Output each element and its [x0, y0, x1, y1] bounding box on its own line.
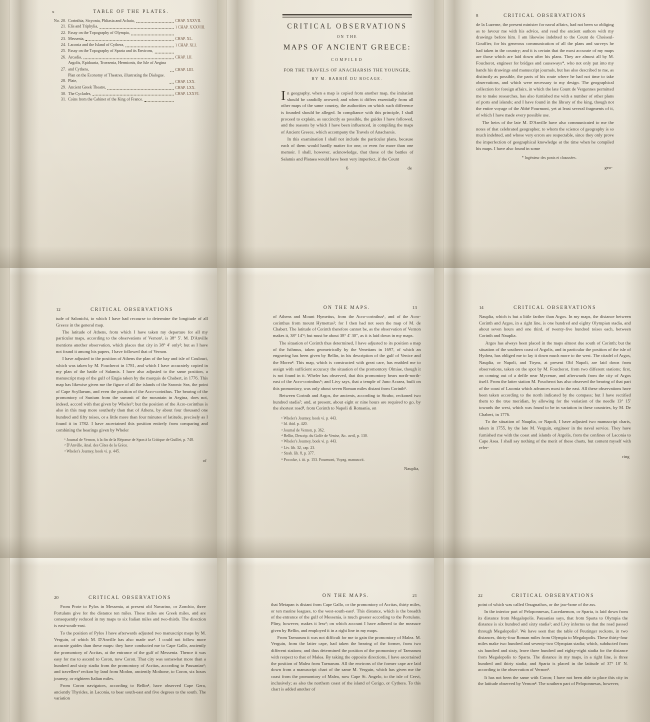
- book-gutter-shadow: [9, 558, 39, 722]
- dot-leader: [93, 95, 174, 96]
- book-title-line: ON THE: [281, 35, 413, 41]
- page-bottom-edge: [0, 536, 217, 558]
- title-double-rule: [282, 14, 412, 18]
- plate-entry: 27.Argolis, Epidauria, Troezenia, Hermio…: [52, 61, 210, 73]
- body-paragraph: To the situation of Nauplia, or Napoli, …: [479, 419, 631, 451]
- page-bottom-edge: [217, 536, 434, 558]
- folio-left: 8: [476, 13, 484, 20]
- book-gutter-shadow: [443, 268, 473, 558]
- running-head: 22 CRITICAL OBSERVATIONS: [478, 592, 628, 599]
- plate-entry: 31.Coins from the Cabinet of the King of…: [52, 97, 210, 103]
- folio-left: 20: [54, 595, 62, 602]
- body-paragraph: of Athens and Mount Hymettus, from the A…: [273, 313, 421, 339]
- book-title-line: FOR THE TRAVELS OF ANACHARSIS THE YOUNGE…: [281, 67, 413, 74]
- page-header: TABLE OF THE PLATES.: [60, 8, 201, 15]
- folio-right: 21: [412, 593, 420, 600]
- running-head: 12 CRITICAL OBSERVATIONS: [56, 306, 208, 313]
- page-header: CRITICAL OBSERVATIONS: [64, 306, 199, 313]
- folio-left: 22: [478, 593, 486, 600]
- page-thumbnail-20[interactable]: 20 CRITICAL OBSERVATIONS From Prote to P…: [0, 558, 217, 722]
- body-paragraph: de la Luzerne, the present minister for …: [476, 21, 614, 118]
- footnote: ³ Wheler's Journey, book vi. p. 445.: [64, 449, 208, 455]
- dot-leader: [170, 83, 174, 84]
- dot-leader: [131, 34, 174, 35]
- footnotes: * Ingénieur des ponts et chaussées.: [476, 156, 614, 162]
- page-thumbnail-table-of-plates[interactable]: x TABLE OF THE PLATES. No. 20.Corinthia,…: [0, 0, 217, 268]
- page-right-edge: [624, 0, 650, 268]
- body-paragraph: point of which was called Onugnathos, or…: [478, 601, 628, 607]
- footnote: * Ingénieur des ponts et chaussées.: [484, 156, 614, 162]
- page-bottom-edge: [217, 246, 434, 268]
- dot-leader: [100, 28, 174, 29]
- body-paragraph: tude of Salonichi, to which I have had r…: [56, 315, 208, 328]
- dot-leader: [170, 71, 174, 72]
- page-right-edge: [624, 558, 650, 722]
- body-paragraph: The heirs of the late M. D'Anville have …: [476, 120, 614, 152]
- dot-leader: [86, 40, 174, 41]
- dot-leader: [83, 59, 173, 60]
- running-head: 20 CRITICAL OBSERVATIONS: [54, 594, 206, 601]
- scanned-pages-grid: x TABLE OF THE PLATES. No. 20.Corinthia,…: [0, 0, 650, 722]
- body-paragraph: From Prote to Pylos in Messenia, at pres…: [54, 603, 206, 629]
- page-bottom-edge: [434, 536, 650, 558]
- book-gutter-shadow: [9, 268, 39, 558]
- dot-leader: [108, 89, 174, 90]
- page-header: CRITICAL OBSERVATIONS: [486, 592, 619, 599]
- running-head: ON THE MAPS. 21: [271, 592, 421, 599]
- running-head: x TABLE OF THE PLATES.: [52, 8, 210, 15]
- body-paragraph: To the position of Pylos I have afterwar…: [54, 630, 206, 682]
- body-paragraph: Nauplia, which is but a little farther t…: [479, 313, 631, 339]
- body-paragraph: The latitude of Athens, from which I hav…: [56, 329, 208, 355]
- book-gutter-shadow: [226, 268, 256, 558]
- catchword: de: [408, 165, 412, 172]
- footnotes: ¹ Wheler's Journey, book vi. p. 443. ² I…: [273, 416, 421, 463]
- page-thumbnail-12[interactable]: 12 CRITICAL OBSERVATIONS tude of Salonic…: [0, 268, 217, 558]
- book-gutter-shadow: [443, 558, 473, 722]
- catchword: ring: [479, 454, 631, 460]
- page-thumbnail-14[interactable]: 14 CRITICAL OBSERVATIONS Nauplia, which …: [434, 268, 650, 558]
- page-number: 6: [346, 166, 348, 171]
- page-thumbnail-13[interactable]: ON THE MAPS. 13 of Athens and Mount Hyme…: [217, 268, 434, 558]
- folio-left: x: [52, 9, 60, 16]
- body-paragraph: In geography, when a map is copied from …: [281, 90, 413, 135]
- book-title-line: COMPILED: [281, 58, 413, 64]
- body-paragraph: I have adjusted to the position of Athen…: [56, 356, 208, 434]
- footnote: ⁸ Pococke, t. iii. p. 153. Fourmont, Voy…: [281, 457, 420, 463]
- page-header: CRITICAL OBSERVATIONS: [484, 12, 605, 19]
- page-thumbnail-8[interactable]: 8 CRITICAL OBSERVATIONS de la Luzerne, t…: [434, 0, 650, 268]
- dot-leader: [126, 46, 174, 47]
- body-paragraph: Between Corinth and Argos, the ancients,…: [273, 393, 421, 412]
- catchword: Nauplia,: [273, 466, 421, 472]
- page-thumbnail-21[interactable]: ON THE MAPS. 21 that Metapan is distant …: [217, 558, 434, 722]
- running-head: 8 CRITICAL OBSERVATIONS: [476, 12, 614, 19]
- body-paragraph: In this examination I shall not include …: [281, 136, 413, 162]
- page-thumbnail-22[interactable]: 22 CRITICAL OBSERVATIONS point of which …: [434, 558, 650, 722]
- book-gutter-shadow: [226, 0, 256, 268]
- running-head: ON THE MAPS. 13: [273, 304, 421, 311]
- page-bottom-edge: [0, 246, 217, 268]
- body-paragraph: Argos has always been placed in the maps…: [479, 340, 631, 418]
- dot-leader: [144, 101, 173, 102]
- footnotes: ¹ Journal de Vernon, à la fin de la Répo…: [56, 437, 208, 455]
- dot-leader: [136, 22, 174, 23]
- running-head: 14 CRITICAL OBSERVATIONS: [479, 304, 631, 311]
- dot-leader: [155, 53, 174, 54]
- body-paragraph: In the interior part of Peloponnesus, La…: [478, 609, 628, 674]
- body-paragraph: It has not been the same with Coron; I h…: [478, 674, 628, 687]
- book-author-line: BY M. BARBIÉ DU BOCAGE.: [281, 77, 413, 83]
- folio-left: 14: [479, 305, 487, 312]
- folio-line: 6 de: [281, 165, 413, 172]
- page-bottom-edge: [434, 246, 650, 268]
- table-of-plates-list: No. 20.Corinthia, Sicyonia, Phliasia and…: [52, 18, 210, 103]
- book-title-line: CRITICAL OBSERVATIONS: [281, 22, 413, 32]
- book-gutter-shadow: [226, 558, 256, 722]
- page-header: ON THE MAPS.: [279, 592, 412, 599]
- body-paragraph: From Taenarum it was not difficult for m…: [271, 635, 421, 693]
- book-gutter-shadow: [443, 0, 473, 268]
- catchword: of: [56, 458, 208, 464]
- page-thumbnail-title-page[interactable]: CRITICAL OBSERVATIONS ON THE MAPS OF ANC…: [217, 0, 434, 268]
- page-header: CRITICAL OBSERVATIONS: [487, 304, 622, 311]
- catchword: geo-: [476, 164, 614, 170]
- body-paragraph: From Coron navigators, according to Bell…: [54, 683, 206, 702]
- folio-right: 13: [412, 305, 420, 312]
- plate-entry: 28.Plan on the Economy of Theatres, illu…: [52, 73, 210, 85]
- body-paragraph: The situation of Corinth thus determined…: [273, 340, 421, 392]
- book-title-line: MAPS OF ANCIENT GREECE:: [281, 43, 413, 54]
- page-header: CRITICAL OBSERVATIONS: [62, 594, 197, 601]
- book-gutter-shadow: [9, 0, 39, 268]
- page-header: ON THE MAPS.: [281, 304, 412, 311]
- folio-left: 12: [56, 307, 64, 314]
- body-paragraph: that Metapan is distant from Cape Gallo,…: [271, 601, 421, 633]
